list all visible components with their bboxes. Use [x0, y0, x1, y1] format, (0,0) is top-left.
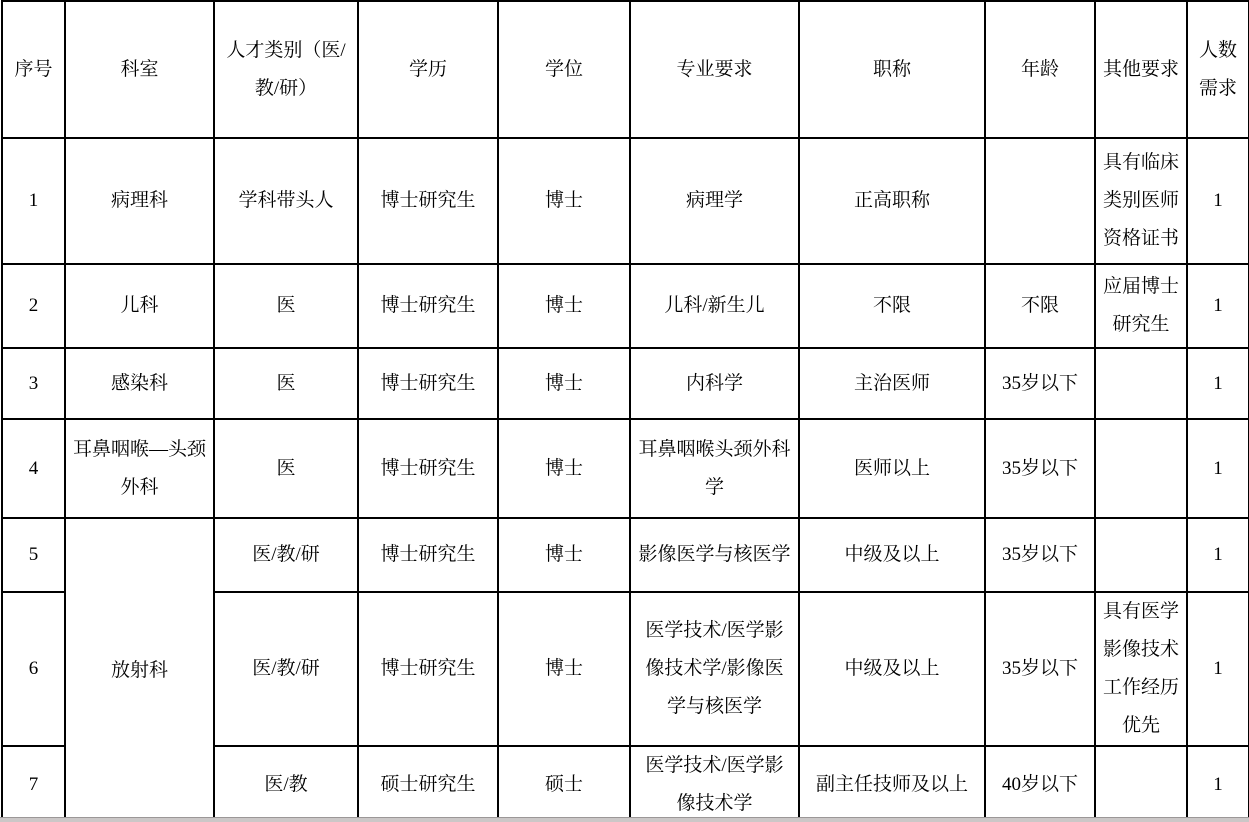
cell-major: 病理学 [630, 138, 799, 264]
cell-major: 医学技术/医学影 像技术学/影像医 学与核医学 [630, 592, 799, 746]
cell-degree: 硕士 [498, 746, 630, 822]
cell-department: 耳鼻咽喉—头颈 外科 [65, 419, 214, 518]
cell-category: 医/教/研 [214, 518, 358, 592]
cell-major: 影像医学与核医学 [630, 518, 799, 592]
col-header-education: 学历 [358, 1, 498, 138]
cell-headcount: 1 [1187, 264, 1249, 348]
cell-title: 不限 [799, 264, 985, 348]
table-row: 5 放射科 医/教/研 博士研究生 博士 影像医学与核医学 中级及以上 35岁以… [2, 518, 1249, 592]
cell-category: 医/教/研 [214, 592, 358, 746]
cell-degree: 博士 [498, 592, 630, 746]
cell-major: 耳鼻咽喉头颈外科 学 [630, 419, 799, 518]
cell-headcount: 1 [1187, 419, 1249, 518]
cell-headcount: 1 [1187, 348, 1249, 419]
cell-title: 医师以上 [799, 419, 985, 518]
cell-age: 35岁以下 [985, 592, 1095, 746]
cell-age: 35岁以下 [985, 518, 1095, 592]
cell-other [1095, 746, 1187, 822]
cell-department-merged: 放射科 [65, 518, 214, 822]
cell-degree: 博士 [498, 264, 630, 348]
cell-other: 具有医学 影像技术 工作经历 优先 [1095, 592, 1187, 746]
cell-category: 医 [214, 348, 358, 419]
cell-title: 副主任技师及以上 [799, 746, 985, 822]
cell-education: 博士研究生 [358, 264, 498, 348]
cell-major: 医学技术/医学影 像技术学 [630, 746, 799, 822]
col-header-title: 职称 [799, 1, 985, 138]
cell-age: 不限 [985, 264, 1095, 348]
cell-department: 病理科 [65, 138, 214, 264]
table-row: 4 耳鼻咽喉—头颈 外科 医 博士研究生 博士 耳鼻咽喉头颈外科 学 医师以上 … [2, 419, 1249, 518]
table-row: 3 感染科 医 博士研究生 博士 内科学 主治医师 35岁以下 1 [2, 348, 1249, 419]
cell-headcount: 1 [1187, 518, 1249, 592]
cell-index: 2 [2, 264, 65, 348]
col-header-headcount: 人数 需求 [1187, 1, 1249, 138]
header-row: 序号 科室 人才类别（医/ 教/研） 学历 学位 专业要求 职称 年龄 其他要求… [2, 1, 1249, 138]
table-row: 1 病理科 学科带头人 博士研究生 博士 病理学 正高职称 具有临床 类别医师 … [2, 138, 1249, 264]
cell-age [985, 138, 1095, 264]
recruitment-table: 序号 科室 人才类别（医/ 教/研） 学历 学位 专业要求 职称 年龄 其他要求… [1, 0, 1249, 822]
cell-education: 博士研究生 [358, 518, 498, 592]
cell-other [1095, 419, 1187, 518]
col-header-talent-category: 人才类别（医/ 教/研） [214, 1, 358, 138]
cell-title: 主治医师 [799, 348, 985, 419]
cell-degree: 博士 [498, 419, 630, 518]
cell-title: 正高职称 [799, 138, 985, 264]
col-header-index: 序号 [2, 1, 65, 138]
cell-education: 博士研究生 [358, 348, 498, 419]
cell-category: 医/教 [214, 746, 358, 822]
cell-education: 博士研究生 [358, 592, 498, 746]
cell-index: 1 [2, 138, 65, 264]
cell-other [1095, 348, 1187, 419]
document-page: 序号 科室 人才类别（医/ 教/研） 学历 学位 专业要求 职称 年龄 其他要求… [0, 0, 1249, 822]
cell-other [1095, 518, 1187, 592]
cell-age: 35岁以下 [985, 419, 1095, 518]
cell-headcount: 1 [1187, 592, 1249, 746]
cell-index: 4 [2, 419, 65, 518]
col-header-age: 年龄 [985, 1, 1095, 138]
col-header-department: 科室 [65, 1, 214, 138]
cell-degree: 博士 [498, 518, 630, 592]
cell-education: 硕士研究生 [358, 746, 498, 822]
cell-headcount: 1 [1187, 746, 1249, 822]
cell-major: 儿科/新生儿 [630, 264, 799, 348]
cell-education: 博士研究生 [358, 419, 498, 518]
cell-other: 具有临床 类别医师 资格证书 [1095, 138, 1187, 264]
col-header-other-requirements: 其他要求 [1095, 1, 1187, 138]
cell-category: 医 [214, 264, 358, 348]
cell-age: 40岁以下 [985, 746, 1095, 822]
cell-index: 3 [2, 348, 65, 419]
cell-category: 医 [214, 419, 358, 518]
cell-index: 7 [2, 746, 65, 822]
col-header-degree: 学位 [498, 1, 630, 138]
cell-title: 中级及以上 [799, 592, 985, 746]
cell-degree: 博士 [498, 138, 630, 264]
cell-other: 应届博士 研究生 [1095, 264, 1187, 348]
next-row-cutoff-strip [0, 817, 1249, 822]
table-row: 2 儿科 医 博士研究生 博士 儿科/新生儿 不限 不限 应届博士 研究生 1 [2, 264, 1249, 348]
cell-title: 中级及以上 [799, 518, 985, 592]
cell-headcount: 1 [1187, 138, 1249, 264]
cell-department: 感染科 [65, 348, 214, 419]
cell-education: 博士研究生 [358, 138, 498, 264]
cell-age: 35岁以下 [985, 348, 1095, 419]
col-header-major-requirement: 专业要求 [630, 1, 799, 138]
cell-index: 6 [2, 592, 65, 746]
cell-index: 5 [2, 518, 65, 592]
cell-degree: 博士 [498, 348, 630, 419]
cell-department: 儿科 [65, 264, 214, 348]
cell-major: 内科学 [630, 348, 799, 419]
cell-category: 学科带头人 [214, 138, 358, 264]
